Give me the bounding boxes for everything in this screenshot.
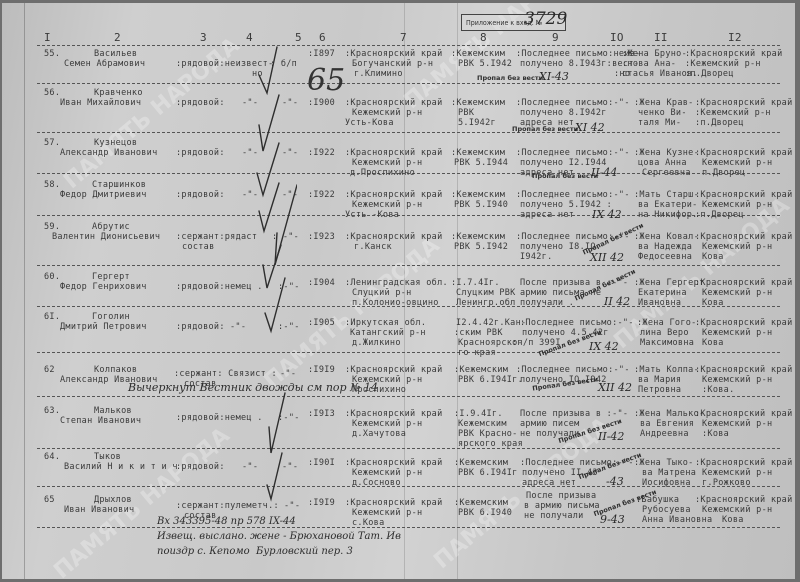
call-up: РВК Красно- [458, 429, 518, 439]
relatives: :Жена Тыко- [634, 458, 694, 468]
call-up: :Кежемским [451, 49, 505, 59]
relatives: :Жена Гергерт [634, 278, 704, 288]
given-name: Федор Дмитриевич [60, 190, 147, 200]
birth-year: :I9I9 [308, 365, 335, 375]
address: :Красноярский край [695, 458, 793, 468]
surname: Колпаков [94, 365, 137, 375]
birthplace: :Красноярский край [345, 365, 443, 375]
call-up: РВК 6.I940 [458, 508, 512, 518]
address: :п.Дворец [695, 118, 744, 128]
address: Кежемский р-н [702, 419, 772, 429]
given-name: Иван Иванович [64, 505, 134, 515]
last-letter: в армию письма [524, 501, 600, 511]
last-letter: :Последнее письмо:-"- [520, 318, 634, 328]
row-separator [37, 45, 780, 46]
given-name: Валентин Дионисьевич [52, 232, 160, 242]
birthplace: Кежемский р-н [352, 419, 422, 429]
rank-cont: состав [182, 242, 215, 252]
relatives: :Жена Бруно- [622, 49, 687, 59]
address: Кова [702, 298, 724, 308]
birthplace: Усть-Кова [345, 118, 394, 128]
col-header: II [654, 33, 668, 43]
missing-date: XII 42 [598, 381, 632, 394]
missing-date: XI-43 [539, 70, 569, 83]
address: :Кежемский р-н [695, 108, 771, 118]
col-header: I [44, 33, 51, 43]
last-letter: адреса нет [522, 478, 576, 488]
relatives: Рубосуева [642, 505, 691, 515]
birthplace: Слуцкий р-н [352, 288, 412, 298]
birth-year: :I897 [308, 49, 335, 59]
row-number: 55. [44, 49, 60, 59]
address: Кова [702, 252, 724, 262]
col-header: 3 [200, 33, 207, 43]
last-letter: получено 8.I942г [520, 108, 607, 118]
birthplace: Богучанский р-н [352, 59, 433, 69]
address: Кежемский р-н [702, 468, 772, 478]
relatives: :Жена Крав- [634, 98, 694, 108]
footer-line: Извещ. выслано. жене - Брюхановой Тат. И… [157, 531, 401, 542]
missing-date: XI 42 [575, 121, 605, 134]
birth-year: :I905 [308, 318, 335, 328]
rank: :рядовой: [176, 98, 225, 108]
row-separator [37, 396, 780, 397]
birthplace: :Красноярский край [345, 98, 443, 108]
address: Кежемский р-н [702, 375, 772, 385]
birth-year: :I900 [308, 98, 335, 108]
row-number: 60. [44, 272, 60, 282]
birth-year: :I922 [308, 190, 335, 200]
call-up: :Кежемским [454, 458, 508, 468]
rank: :рядовой: [176, 322, 225, 332]
address: Кежемский р-н [702, 505, 772, 515]
address: Кова [702, 338, 724, 348]
call-up: :Кежемским [451, 148, 505, 158]
call-up: :Кежемским [451, 190, 505, 200]
birthplace: :Иркутская обл. [345, 318, 426, 328]
birthplace: Кежемский р-н [352, 468, 422, 478]
address: Кежемский р-н [702, 242, 772, 252]
missing-date: 9-43 [600, 513, 625, 526]
address: :Красноярский край [695, 98, 793, 108]
row-number: 65 [44, 495, 55, 505]
birthplace: Кежемский р-н [352, 108, 422, 118]
relatives: ва Евгения [640, 419, 694, 429]
missing-date: II 42 [604, 295, 630, 308]
surname: Мальков [94, 406, 132, 416]
surname: Дрыхлов [94, 495, 132, 505]
relatives: :нова Ана- [622, 59, 676, 69]
last-letter: не получали [524, 511, 584, 521]
relatives: :Жена Гого- [637, 318, 697, 328]
row-number: 58. [44, 180, 60, 190]
last-letter: После призыва [526, 491, 596, 501]
row-separator [37, 527, 780, 528]
call-up: РВК 5.I942 [454, 242, 508, 252]
birthplace: г.Климино [354, 69, 403, 79]
birthplace: п.Колонио-овцино [352, 298, 439, 308]
footer-line: поиздр с. Кепомо Бурловский пер. 3 [157, 546, 353, 557]
call-up: 5.I942г [458, 118, 496, 128]
birthplace: Кежемский р-н [352, 158, 422, 168]
last-letter: I942г. [520, 252, 553, 262]
call-up: ярского края [458, 439, 523, 449]
row-separator [37, 132, 780, 133]
last-letter: армию писем [520, 419, 580, 429]
address: :Кова. [702, 385, 735, 395]
row-number: 6I. [44, 312, 60, 322]
missing-date: II-44 [591, 166, 617, 179]
row-number: 56. [44, 88, 60, 98]
last-letter: :Последнее письмо:-"- [516, 190, 630, 200]
birthplace: Катангский р-н [350, 328, 426, 338]
surname: Старшинков [92, 180, 146, 190]
call-up: :I.7.4Iг. [451, 278, 500, 288]
relatives: Сергеевна [642, 168, 691, 178]
call-up: РВК 5.I942 [458, 59, 512, 69]
relatives: ва Матрена [642, 468, 696, 478]
relatives: Андреевна [640, 429, 689, 439]
address: :Красноярский край [695, 365, 793, 375]
birthplace: :Красноярский край [345, 232, 443, 242]
given-name: Иван Михайлович [60, 98, 141, 108]
row-number: 63. [44, 406, 60, 416]
last-letter: :Последнее письмо:-"- [516, 148, 630, 158]
relatives: таля Ми- [638, 118, 681, 128]
relatives: :Мать Старш- [634, 190, 699, 200]
call-up: :Кежемским [454, 365, 508, 375]
address: :Красноярский край [695, 190, 793, 200]
missing-stamp: Пропал без вести [512, 125, 578, 133]
last-letter: :Последнее письмо:-"- [516, 365, 630, 375]
birth-year: :I904 [308, 278, 335, 288]
last-letter: :Последнее письмо:-"- [516, 98, 630, 108]
birthplace: Кежемский р-н [352, 508, 422, 518]
relatives: ченко Ви- [638, 108, 687, 118]
relatives: Ивановна [638, 298, 681, 308]
row-number: 57. [44, 138, 60, 148]
call-up: Кежемским [458, 419, 507, 429]
address: :Кова [702, 429, 729, 439]
relatives: :Мать Колпа- [634, 365, 699, 375]
missing-stamp: Пропал без вести [532, 172, 598, 180]
birthplace: Кежемский р-н [352, 200, 422, 210]
missing-date: IX 42 [589, 340, 619, 353]
checkmark-icons [237, 33, 297, 523]
relatives: Федосеевна [638, 252, 692, 262]
archive-stamp: Приложение к вход. № 3729 [461, 14, 566, 31]
birthplace: д.Жилкино [352, 338, 401, 348]
relatives: :Жена Ковал- [634, 232, 699, 242]
birth-year: :I9I9 [308, 498, 335, 508]
call-up: I2.4.42г.Кан- [456, 318, 526, 328]
birthplace: :Красноярский край [345, 148, 443, 158]
birthplace: с.Кова [352, 518, 385, 528]
missing-date: II-42 [598, 430, 624, 443]
margin-line [24, 3, 25, 579]
relatives: лина Веро [640, 328, 689, 338]
call-up: :Кежемским [451, 98, 505, 108]
relatives: :Жена Кузне- [634, 148, 699, 158]
birthplace: :Красноярский край [345, 458, 443, 468]
address: :Красноярский край [695, 232, 793, 242]
relatives: ва Мария [638, 375, 681, 385]
relatives: ва Надежда [638, 242, 692, 252]
address: :Красноярский край [695, 495, 793, 505]
call-up: РВК [458, 108, 474, 118]
call-up: РВК 5.I944 [454, 158, 508, 168]
call-up: РВК 5.I940 [454, 200, 508, 210]
birthplace: д.Сосново [352, 478, 401, 488]
surname: Тыков [94, 452, 121, 462]
address: :Красноярский край [695, 278, 793, 288]
row-separator [37, 265, 780, 266]
rank: :рядовой: [176, 148, 225, 158]
col-header: IO [610, 33, 624, 43]
call-up: РВК 6.I94Iг [458, 468, 518, 478]
col-header: 2 [114, 33, 121, 43]
missing-date: IX 42 [592, 208, 622, 221]
address: Кежемский р-н [702, 200, 772, 210]
missing-date: XII 42 [590, 251, 624, 264]
relatives: Анна Ивановна [642, 515, 712, 525]
given-name: Степан Иванович [60, 416, 141, 426]
surname: Абрутис [92, 222, 130, 232]
birth-year: :I9I3 [308, 409, 335, 419]
call-up: :I.9.4Iг. [454, 409, 503, 419]
surname: Васильев [94, 49, 137, 59]
call-up: го края [458, 348, 496, 358]
birthplace: г.Канск [354, 242, 392, 252]
address: Кежемский р-н [702, 288, 772, 298]
birthplace: :Красноярский край [345, 49, 443, 59]
missing-date: -43 [606, 475, 624, 488]
row-separator [37, 448, 780, 449]
row-separator [37, 83, 780, 84]
birth-year: :I922 [308, 148, 335, 158]
relatives: Екатерина [638, 288, 687, 298]
col-header: I2 [728, 33, 742, 43]
address: г.Рожково [702, 478, 751, 488]
birthplace: :Красноярский край [345, 498, 443, 508]
handwritten-count: 65 [307, 63, 345, 98]
call-up: :ским РВК [454, 328, 503, 338]
stamp-number: 3729 [524, 11, 567, 28]
row-separator [37, 352, 780, 353]
last-letter: После призыва в :-"- [520, 409, 628, 419]
address: :Красноярский край [695, 148, 793, 158]
surname: Кравченко [94, 88, 143, 98]
col-header: 6 [319, 33, 326, 43]
relatives: ва Екатери- [638, 200, 698, 210]
birthplace: :Красноярский край [345, 190, 443, 200]
birthplace: д.Хачутова [352, 429, 406, 439]
relatives: Максимовна [640, 338, 694, 348]
given-name: Александр Иванович [60, 148, 158, 158]
relatives: Иосифовна [642, 478, 691, 488]
last-letter: адреса нет [520, 210, 574, 220]
birth-year: :I90I [308, 458, 335, 468]
given-name: Семен Абрамович [64, 59, 145, 69]
surname: Кузнецов [94, 138, 137, 148]
birthplace: Усть -Кова [345, 210, 399, 220]
rank: :рядовой: [176, 462, 225, 472]
address: :п.Дворец [695, 210, 744, 220]
last-letter: получали . [520, 298, 574, 308]
address: :Кежемский р-н [685, 59, 761, 69]
missing-stamp: Пропал без вести [477, 74, 543, 82]
col-header: 7 [400, 33, 407, 43]
birthplace: д.Проспихино [350, 168, 415, 178]
call-up: РВК 6.I94Iг. [458, 375, 523, 385]
given-name: Дмитрий Петрович [60, 322, 147, 332]
address: Кежемский р-н [702, 328, 772, 338]
col-header: 8 [480, 33, 487, 43]
surname: Гоголин [92, 312, 130, 322]
address: :Красноярский край [685, 49, 783, 59]
rank: :рядовой: [176, 190, 225, 200]
relatives: :Жена Малько- [634, 409, 704, 419]
call-up: Слуцким РВК [456, 288, 516, 298]
row-number: 64. [44, 452, 60, 462]
relatives: Петровна [638, 385, 681, 395]
col-header: 9 [552, 33, 559, 43]
surname: Гергерт [92, 272, 130, 282]
call-up: :Кежемским [454, 498, 508, 508]
call-up: :Кежемским [451, 232, 505, 242]
row-number: 62 [44, 365, 55, 375]
relatives: цова Анна [638, 158, 687, 168]
given-name: Федор Генрихович [60, 282, 147, 292]
given-name: Василий Н и к и т и ч [64, 462, 178, 472]
address: Кежемский р-н [702, 158, 772, 168]
address: :Красноярский край [695, 409, 793, 419]
address: п.Дворец [702, 168, 745, 178]
birthplace: :Красноярский край [345, 409, 443, 419]
call-up: Ленингр.обл [456, 298, 516, 308]
birthplace: :Ленинградская обл. [345, 278, 448, 288]
address: :Красноярский край [695, 318, 793, 328]
document-page: ПАМЯТЬ НАРОДА ПАМЯТЬ НАРОДА ПАМЯТЬ НАРОД… [2, 3, 795, 579]
address: Кова [722, 515, 744, 525]
address: :п.Дворец [685, 69, 734, 79]
relatives: на Никифор. [638, 210, 698, 220]
birth-year: :I923 [308, 232, 335, 242]
row-number: 59. [44, 222, 60, 232]
